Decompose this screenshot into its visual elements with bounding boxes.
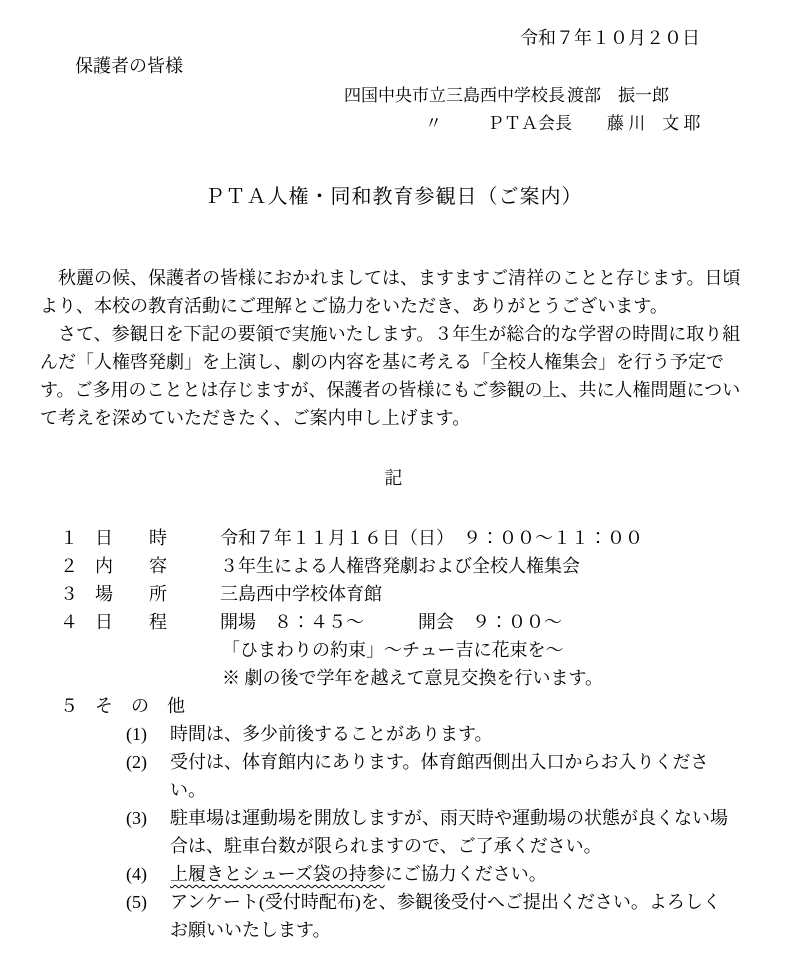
agenda-row-datetime: １ 日 時 令和７年１１月１６日（日） ９：００～１１：００ xyxy=(60,524,762,552)
agenda-row-label: 場 所 xyxy=(95,580,220,608)
agenda-row-value: ３年生による人権啓発劇および全校人権集会 xyxy=(220,552,762,580)
ki-marker: 記 xyxy=(0,464,787,492)
agenda-row-number: ５ xyxy=(60,692,95,720)
note-text: 受付は、体育館内にあります。体育館西側出入口からお入りください。 xyxy=(170,748,737,804)
agenda-row-content: ２ 内 容 ３年生による人権啓発劇および全校人権集会 xyxy=(60,552,762,580)
agenda-row-number: １ xyxy=(60,524,95,552)
greeting-paragraph: 秋麗の候、保護者の皆様におかれましては、ますますご清祥のことと存じます。日頃より… xyxy=(40,264,750,320)
agenda-row-label: 内 容 xyxy=(95,552,220,580)
agenda-row-others: ５ そ の 他 xyxy=(60,692,762,720)
announcement-paragraph: さて、参観日を下記の要領で実施いたします。３年生が総合的な学習の時間に取り組んだ… xyxy=(40,320,750,432)
issue-date: 令和７年１０月２０日 xyxy=(520,24,700,52)
signature-principal-name: 渡部 振一郎 xyxy=(567,82,669,110)
addressee: 保護者の皆様 xyxy=(75,52,183,80)
document-header: 令和７年１０月２０日 保護者の皆様 四国中央市立三島西中学校長 渡部 振一郎 〃… xyxy=(0,0,787,140)
note-text: 上履きとシューズ袋の持参にご協力ください。 xyxy=(170,860,737,888)
note-number: (3) xyxy=(126,804,170,860)
agenda-row-label: 日 程 xyxy=(95,608,220,636)
signature-org: 四国中央市立三島西中学校長 xyxy=(344,82,565,110)
note-text-rest: にご協力ください。 xyxy=(385,864,547,884)
note-text: アンケート(受付時配布)を、参観後受付へご提出ください。よろしくお願いいたします… xyxy=(170,888,737,944)
body-text: 秋麗の候、保護者の皆様におかれましては、ますますご清祥のことと存じます。日頃より… xyxy=(40,264,750,432)
note-item-5: (5) アンケート(受付時配布)を、参観後受付へご提出ください。よろしくお願いい… xyxy=(126,888,737,944)
note-item-2: (2) 受付は、体育館内にあります。体育館西側出入口からお入りください。 xyxy=(126,748,737,804)
note-item-4: (4) 上履きとシューズ袋の持参にご協力ください。 xyxy=(126,860,737,888)
play-title-line: 「ひまわりの約束」～チュー吉に花束を～ xyxy=(60,636,762,664)
agenda-row-label: そ の 他 xyxy=(95,692,220,720)
agenda-row-place: ３ 場 所 三島西中学校体育館 xyxy=(60,580,762,608)
document-title: ＰＴＡ人権・同和教育参観日（ご案内） xyxy=(0,182,787,212)
signature-pta-name: 藤 川 文 耶 xyxy=(607,110,701,138)
notes-list: (1) 時間は、多少前後することがあります。 (2) 受付は、体育館内にあります… xyxy=(60,720,762,944)
agenda-row-value: 三島西中学校体育館 xyxy=(220,580,762,608)
agenda-row-value: 開場 ８：４５～ 開会 ９：００～ xyxy=(220,608,762,636)
signature-pta-role: ＰＴＡ会長 xyxy=(487,110,572,138)
note-number: (2) xyxy=(126,748,170,804)
agenda-row-number: ２ xyxy=(60,552,95,580)
ditto-mark: 〃 xyxy=(425,110,442,138)
document-page: 令和７年１０月２０日 保護者の皆様 四国中央市立三島西中学校長 渡部 振一郎 〃… xyxy=(0,0,787,975)
agenda-row-value: 令和７年１１月１６日（日） ９：００～１１：００ xyxy=(220,524,762,552)
agenda-row-schedule: ４ 日 程 開場 ８：４５～ 開会 ９：００～ xyxy=(60,608,762,636)
note-text: 駐車場は運動場を開放しますが、雨天時や運動場の状態が良くない場合は、駐車台数が限… xyxy=(170,804,737,860)
schedule-note-line: ※ 劇の後で学年を越えて意見交換を行います。 xyxy=(60,664,762,692)
underlined-phrase: 上履きとシューズ袋の持参 xyxy=(170,864,385,884)
note-text: 時間は、多少前後することがあります。 xyxy=(170,720,737,748)
agenda-list: １ 日 時 令和７年１１月１６日（日） ９：００～１１：００ ２ 内 容 ３年生… xyxy=(0,524,787,944)
note-item-1: (1) 時間は、多少前後することがあります。 xyxy=(126,720,737,748)
agenda-row-label: 日 時 xyxy=(95,524,220,552)
agenda-row-number: ３ xyxy=(60,580,95,608)
note-number: (1) xyxy=(126,720,170,748)
note-number: (5) xyxy=(126,888,170,944)
note-item-3: (3) 駐車場は運動場を開放しますが、雨天時や運動場の状態が良くない場合は、駐車… xyxy=(126,804,737,860)
note-number: (4) xyxy=(126,860,170,888)
agenda-row-number: ４ xyxy=(60,608,95,636)
